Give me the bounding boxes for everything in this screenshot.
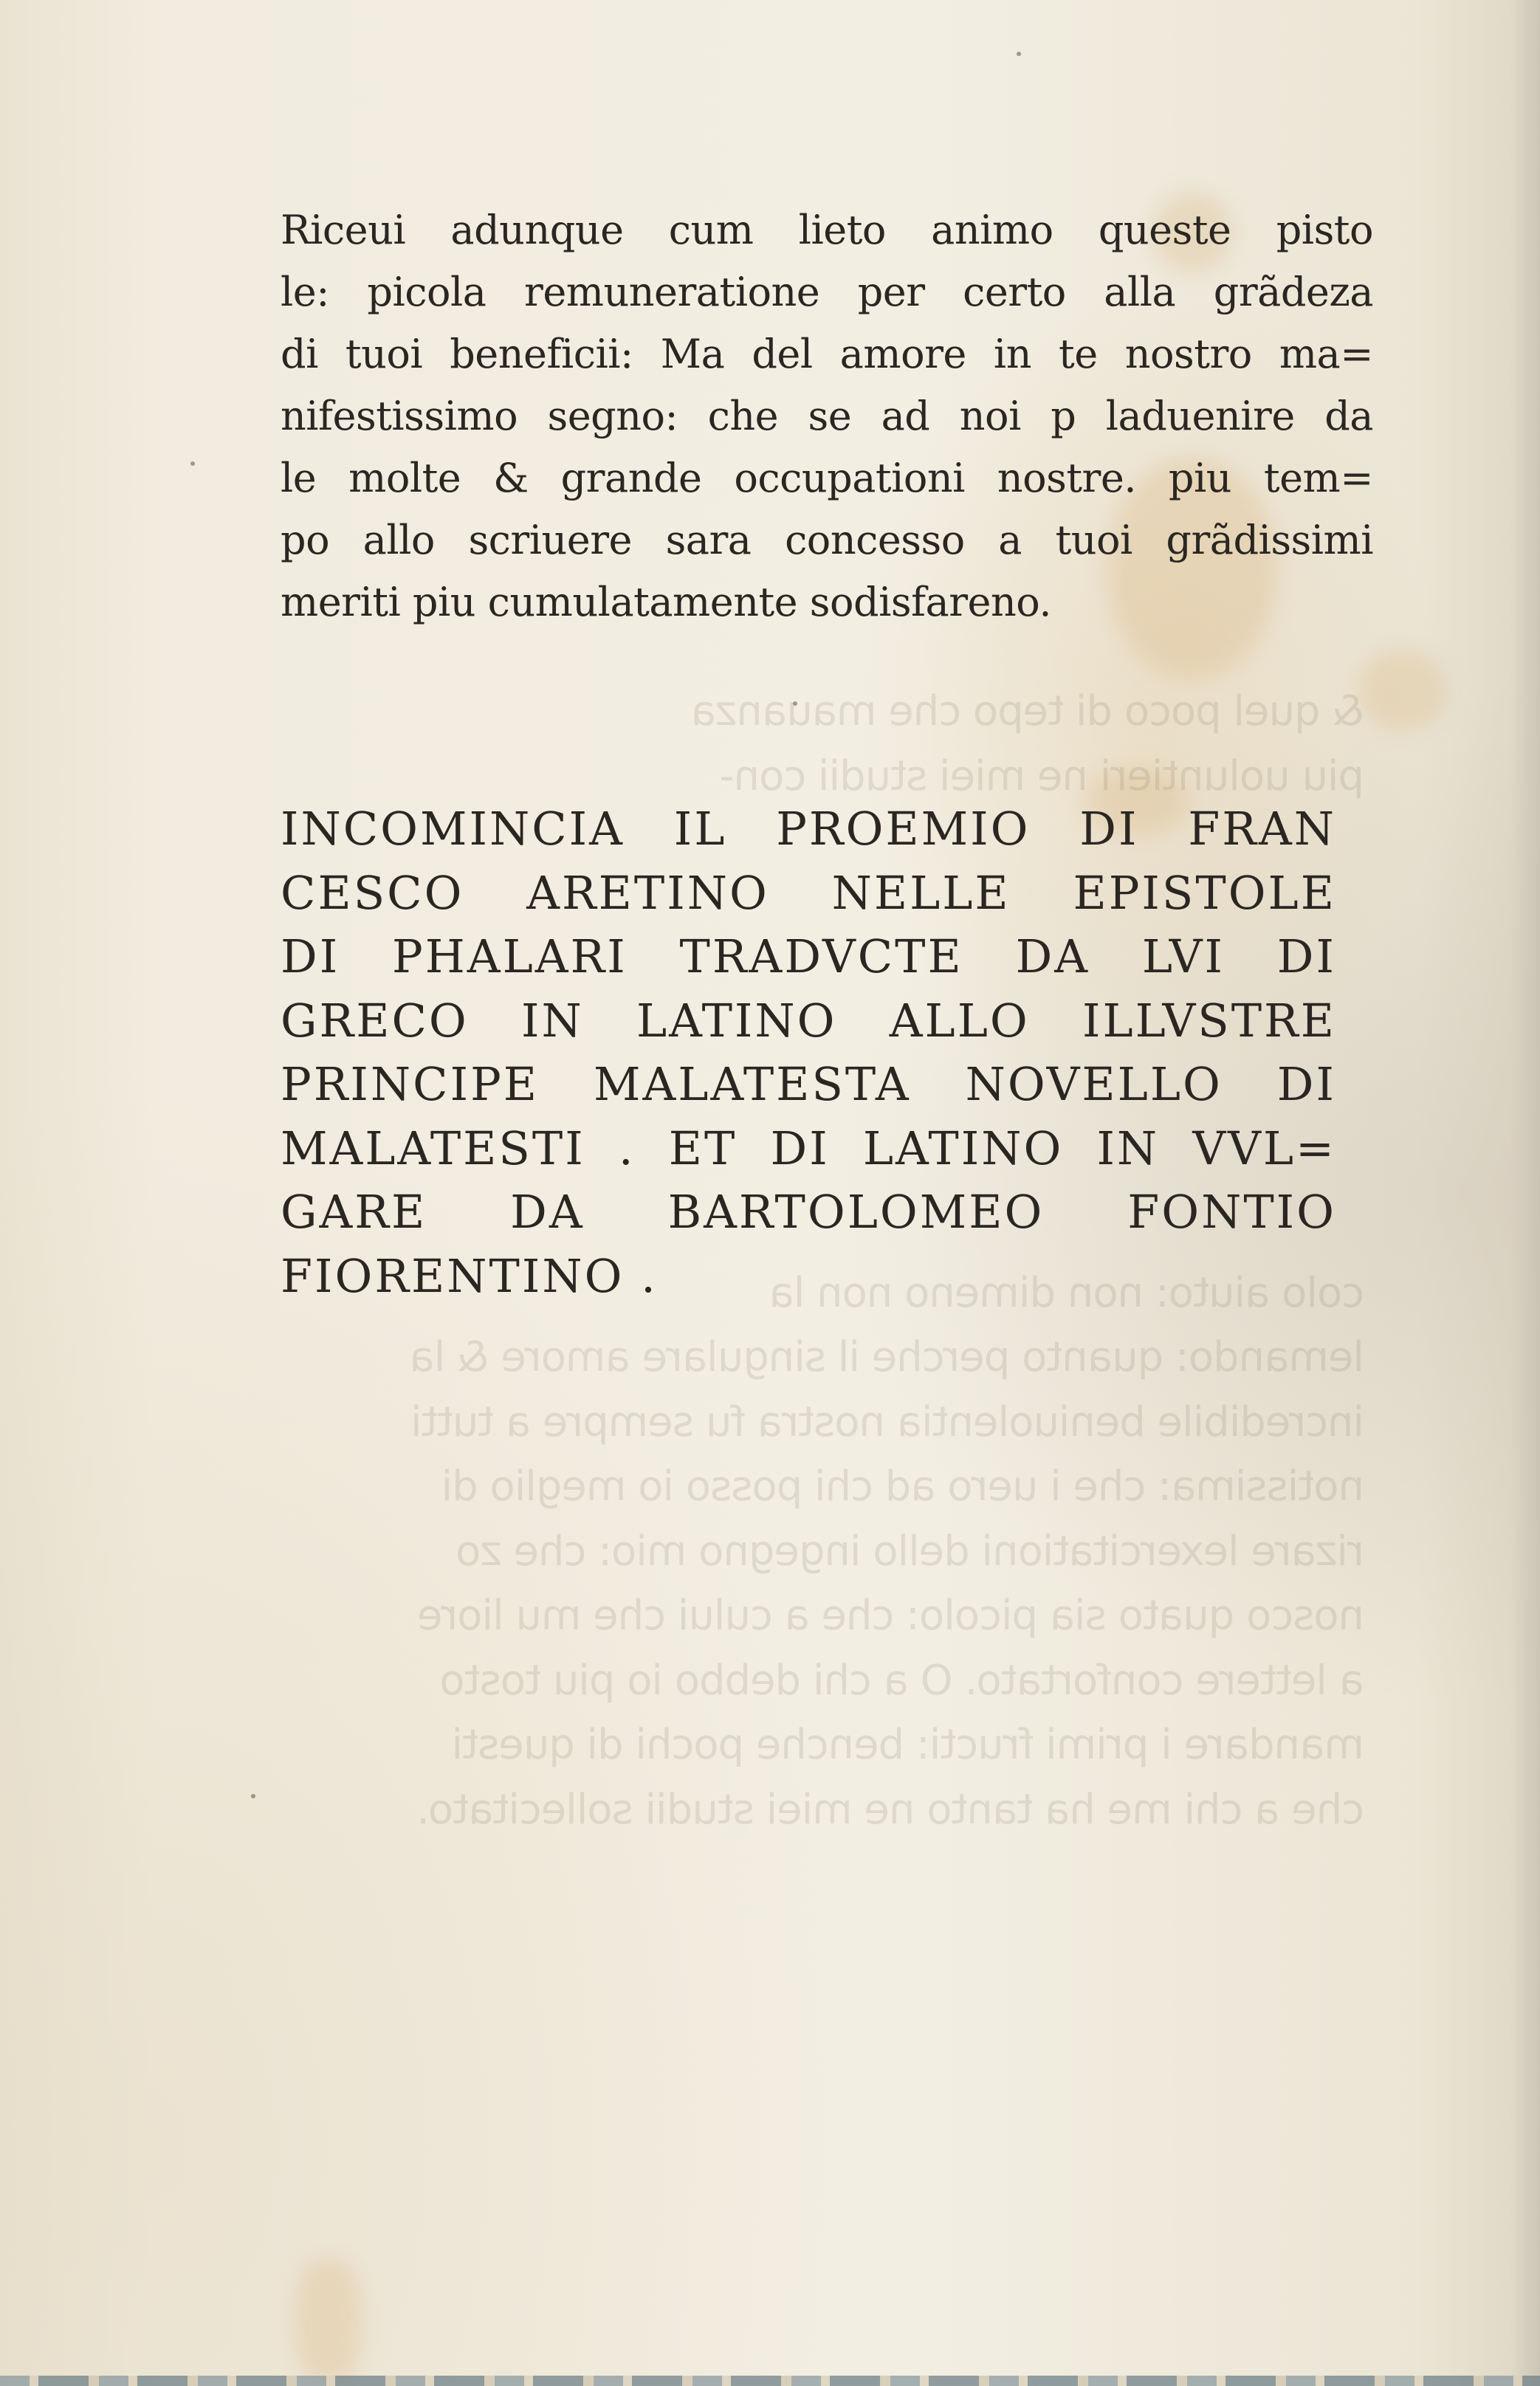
text-line: nifestissimo segno: che se ad noi p ladu… — [281, 385, 1373, 447]
bleed-through-line: & quel poco di tepo che mauanza — [279, 679, 1364, 744]
bleed-through-line: lemando: quanto perche il singulare amor… — [279, 1325, 1364, 1390]
heading-line: FIORENTINO . — [281, 1245, 1336, 1309]
page-edge-shadow — [1510, 0, 1540, 2386]
text-line: meriti piu cumulatamente sodisfareno. — [281, 571, 1373, 633]
ink-speck — [251, 1794, 255, 1798]
bleed-through-line: che a chi me ha tanto ne miei studii sol… — [279, 1778, 1364, 1843]
body-paragraph: Riceui adunque cum lieto animo queste pi… — [281, 199, 1373, 633]
foxing-stain — [1358, 650, 1447, 731]
text-line: po allo scriuere sara concesso a tuoi gr… — [281, 509, 1373, 571]
heading-line: GARE DA BARTOLOMEO FONTIO — [281, 1180, 1336, 1245]
heading-line: CESCO ARETINO NELLE EPISTOLE — [281, 862, 1336, 926]
bleed-through-line: notissima: che i uero ad chi posso io me… — [279, 1454, 1364, 1519]
section-heading: INCOMINCIA IL PROEMIO DI FRAN CESCO ARET… — [281, 797, 1336, 1308]
ink-speck — [190, 461, 195, 466]
heading-line: GRECO IN LATINO ALLO ILLVSTRE — [281, 989, 1336, 1053]
bleed-through-line: a lettere confortato. O a chi debbo io p… — [279, 1648, 1364, 1713]
text-line: le: picola remuneratione per certo alla … — [281, 261, 1373, 323]
ink-speck — [793, 701, 797, 706]
book-page: & quel poco di tepo che mauanza piu uolu… — [0, 0, 1540, 2386]
heading-line: INCOMINCIA IL PROEMIO DI FRAN — [281, 797, 1336, 862]
bleed-through-line: mandare i primi fructi: benche pochi di … — [279, 1713, 1364, 1778]
text-line: di tuoi beneficii: Ma del amore in te no… — [281, 323, 1373, 385]
text-line: Riceui adunque cum lieto animo queste pi… — [281, 199, 1373, 261]
text-line: le molte & grande occupationi nostre. pi… — [281, 447, 1373, 509]
foxing-stain — [295, 2259, 362, 2385]
bleed-through-line: incredibile beniuolentia nostra fu sempr… — [279, 1390, 1364, 1455]
heading-line: DI PHALARI TRADVCTE DA LVI DI — [281, 925, 1336, 989]
ink-speck — [1017, 52, 1021, 56]
bleed-through-line: nosco quato sia picolo: che a cului che … — [279, 1584, 1364, 1648]
heading-line: PRINCIPE MALATESTA NOVELLO DI — [281, 1053, 1336, 1117]
page-bottom-edge — [0, 2376, 1540, 2386]
bleed-through-line: rizare lexercitationi dello ingegno mio:… — [279, 1519, 1364, 1584]
heading-line: MALATESTI . ET DI LATINO IN VVL= — [281, 1117, 1336, 1181]
